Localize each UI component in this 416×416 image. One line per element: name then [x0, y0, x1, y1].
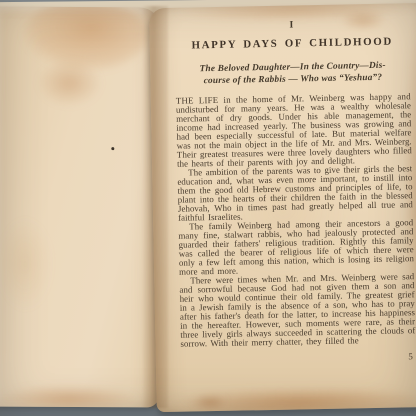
- chapter-title: HAPPY DAYS OF CHILDHOOD: [175, 35, 410, 52]
- page-content: I HAPPY DAYS OF CHILDHOOD The Beloved Da…: [174, 17, 416, 365]
- paragraph: There were times when Mr. and Mrs. Weinb…: [179, 272, 415, 348]
- right-page: I HAPPY DAYS OF CHILDHOOD The Beloved Da…: [149, 3, 416, 412]
- paragraph: THE LIFE in the home of Mr. Weinberg was…: [176, 92, 412, 168]
- foxing-stain: [191, 395, 227, 410]
- book-photo: I HAPPY DAYS OF CHILDHOOD The Beloved Da…: [0, 0, 416, 416]
- foxing-stain: [37, 59, 103, 107]
- chapter-number: I: [174, 17, 409, 33]
- ink-speck: [111, 147, 114, 150]
- foxing-stain: [164, 385, 416, 412]
- foxing-stain: [23, 7, 148, 72]
- chapter-subtitle: The Beloved Daughter—In the Country—Dis-…: [175, 60, 410, 88]
- paragraph: The ambition of the parents was to give …: [177, 164, 413, 223]
- paragraph: The family Weinberg had among their ance…: [178, 218, 414, 277]
- page-number: 5: [181, 351, 416, 366]
- foxing-stain: [0, 385, 139, 408]
- body-text: THE LIFE in the home of Mr. Weinberg was…: [176, 92, 416, 348]
- subtitle-line-2: course of the Rabbis — Who was “Yeshua”?: [204, 72, 383, 85]
- left-page: [0, 7, 161, 408]
- foxing-stain: [0, 217, 53, 312]
